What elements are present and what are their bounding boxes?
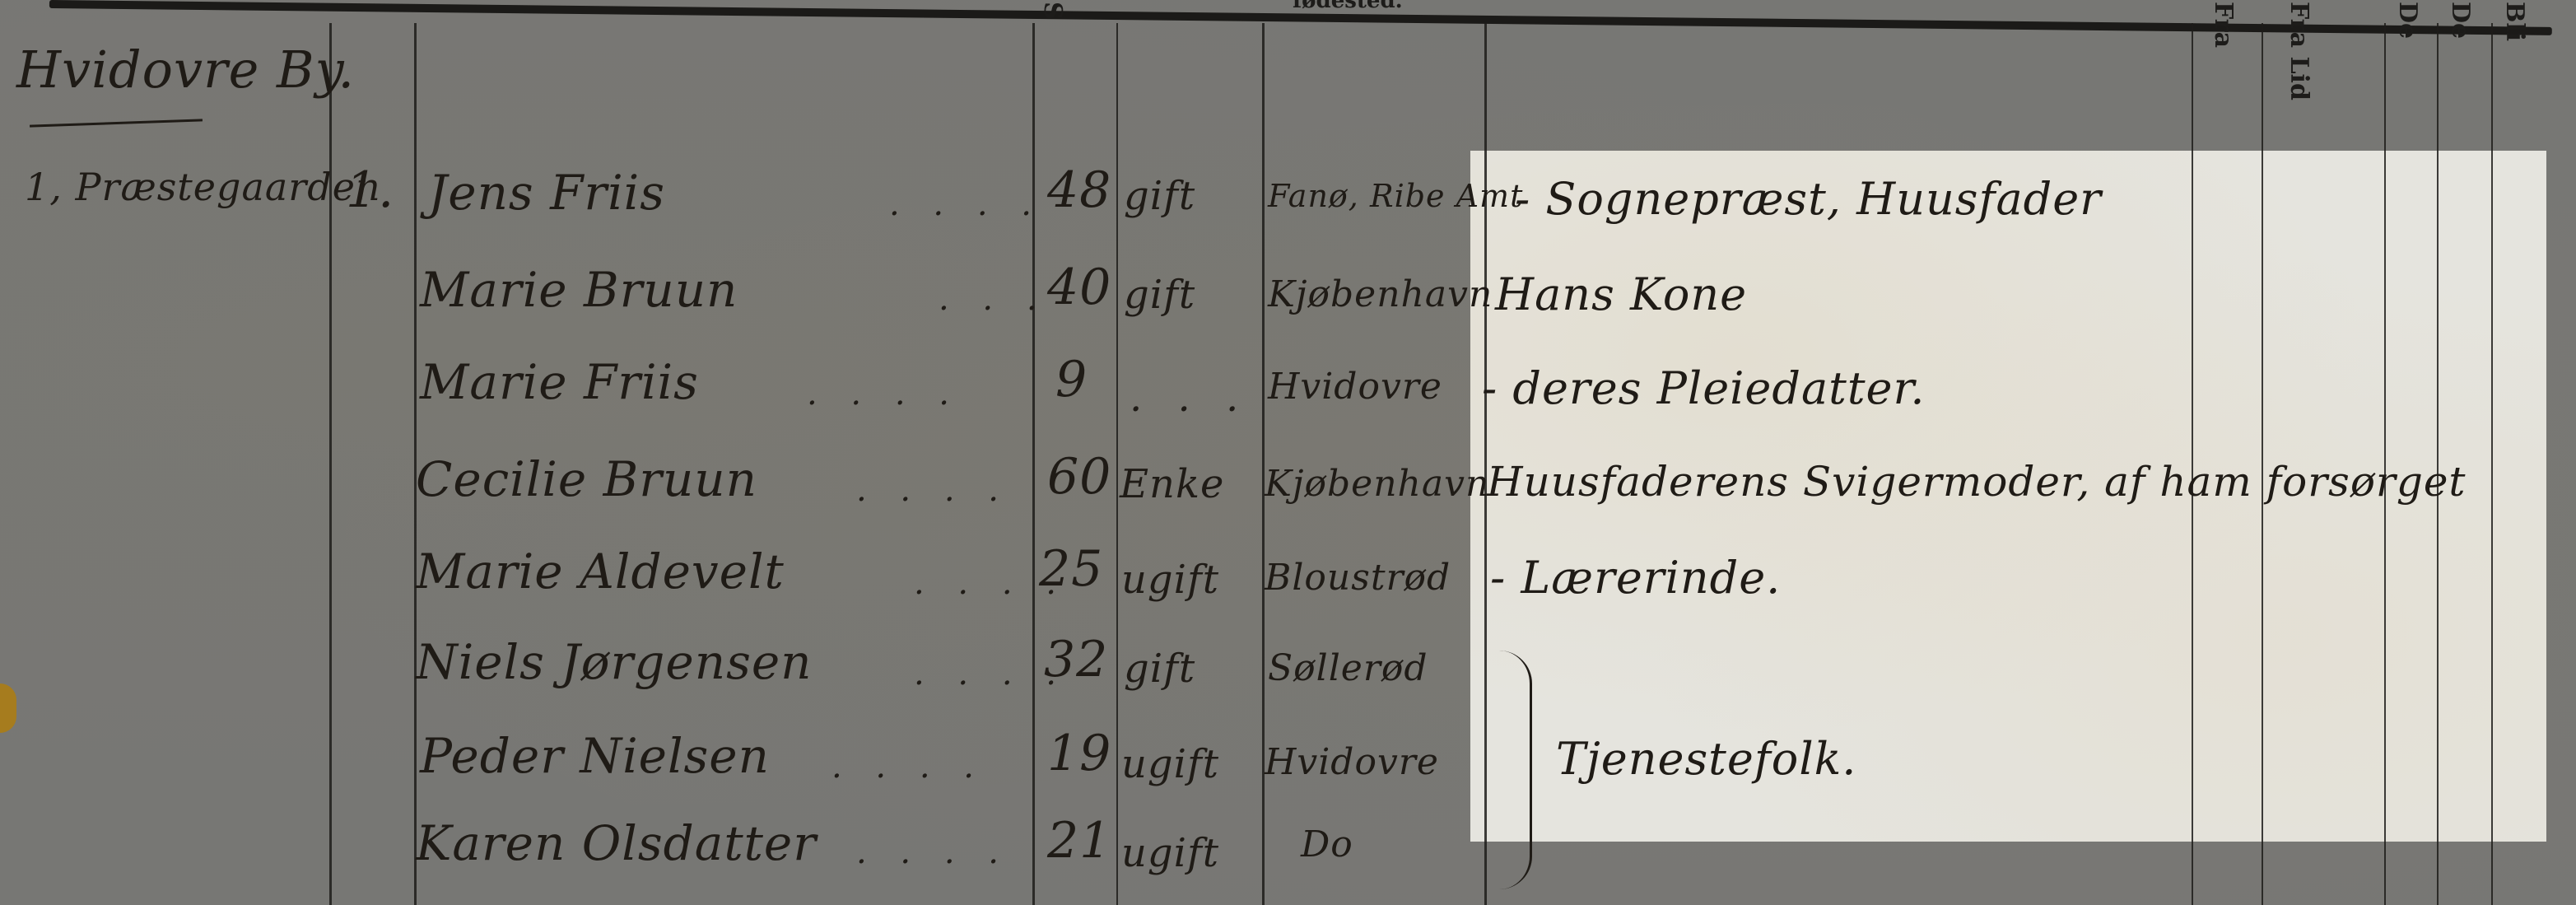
person-age: 32	[1044, 631, 1108, 688]
rotated-header-2: Fra Lid	[2285, 2, 2313, 100]
civil-status: ugift	[1121, 557, 1219, 603]
column-divider	[1116, 23, 1118, 905]
age-header: S	[1038, 2, 1067, 20]
grouping-brace	[1488, 651, 1532, 889]
birthplace: Kjøbenhavn	[1265, 463, 1489, 505]
civil-status: Enke	[1120, 461, 1224, 507]
remark: Huusfaderens Svigermoder, af ham forsørg…	[1487, 458, 2467, 506]
remark: Hans Kone	[1495, 268, 1747, 320]
birthplace: Søllerød	[1268, 647, 1428, 689]
person-name: Karen Olsdatter	[416, 815, 817, 871]
column-divider	[329, 23, 332, 905]
birthplace: Bloustrød	[1265, 557, 1451, 599]
person-name: Peder Nielsen	[420, 728, 770, 784]
civil-status: . . .	[1130, 375, 1250, 421]
leader-dots: . . . .	[889, 185, 1043, 223]
rotated-header-1: Fra	[2209, 2, 2238, 48]
civil-status: ugift	[1121, 830, 1219, 876]
person-name: Niels Jørgensen	[416, 634, 813, 690]
leader-dots: . . . .	[856, 833, 1010, 871]
rotated-header-4: De	[2446, 2, 2475, 39]
person-age: 40	[1047, 259, 1111, 316]
column-divider	[2491, 23, 2493, 905]
household-label: 1, Præstegaarden	[25, 165, 381, 209]
birthplace: Fanø, Ribe Amt	[1268, 178, 1523, 214]
person-name: Cecilie Bruun	[416, 451, 757, 507]
remark: - Lærerinde.	[1490, 552, 1781, 604]
leader-dots: . . . .	[807, 375, 961, 413]
birthplace: Kjøbenhavn	[1268, 273, 1493, 315]
remark: - deres Pleiedatter.	[1482, 362, 1926, 414]
person-age: 19	[1047, 725, 1111, 782]
birthplace-header: fødested.	[1293, 0, 1403, 13]
birthplace: Hvidovre	[1265, 741, 1439, 783]
person-age: 48	[1047, 161, 1111, 219]
birthplace: Hvidovre	[1268, 366, 1442, 408]
person-age: 25	[1039, 540, 1103, 598]
civil-status: gift	[1124, 646, 1195, 692]
rotated-header-5: Bli	[2500, 2, 2529, 41]
civil-status: gift	[1124, 173, 1195, 219]
parish-name: Hvidovre By.	[16, 40, 355, 100]
person-name: Marie Friis	[420, 354, 699, 410]
person-age: 21	[1047, 812, 1111, 870]
parish-underline	[30, 119, 203, 127]
household-number: 1.	[346, 161, 394, 219]
civil-status: ugift	[1121, 741, 1219, 787]
civil-status: gift	[1124, 272, 1195, 318]
column-divider	[1032, 23, 1035, 905]
person-name: Marie Bruun	[420, 262, 738, 318]
remark: - Sognepræst, Huusfader	[1515, 173, 2102, 225]
birthplace: Do	[1301, 823, 1353, 865]
person-name: Jens Friis	[428, 165, 665, 221]
leader-dots: . . .	[939, 280, 1049, 318]
person-age: 60	[1047, 448, 1111, 506]
census-page: fødested. S Fra Fra Lid De De Bli Hvidov…	[0, 0, 2576, 905]
person-age: 9	[1055, 351, 1088, 408]
ink-stain	[0, 683, 16, 733]
person-name: Marie Aldevelt	[416, 543, 785, 599]
group-remark: Tjenestefolk.	[1556, 733, 1856, 785]
leader-dots: . . . .	[856, 471, 1010, 509]
rotated-header-3: De	[2393, 2, 2422, 39]
leader-dots: . . . .	[831, 748, 985, 786]
